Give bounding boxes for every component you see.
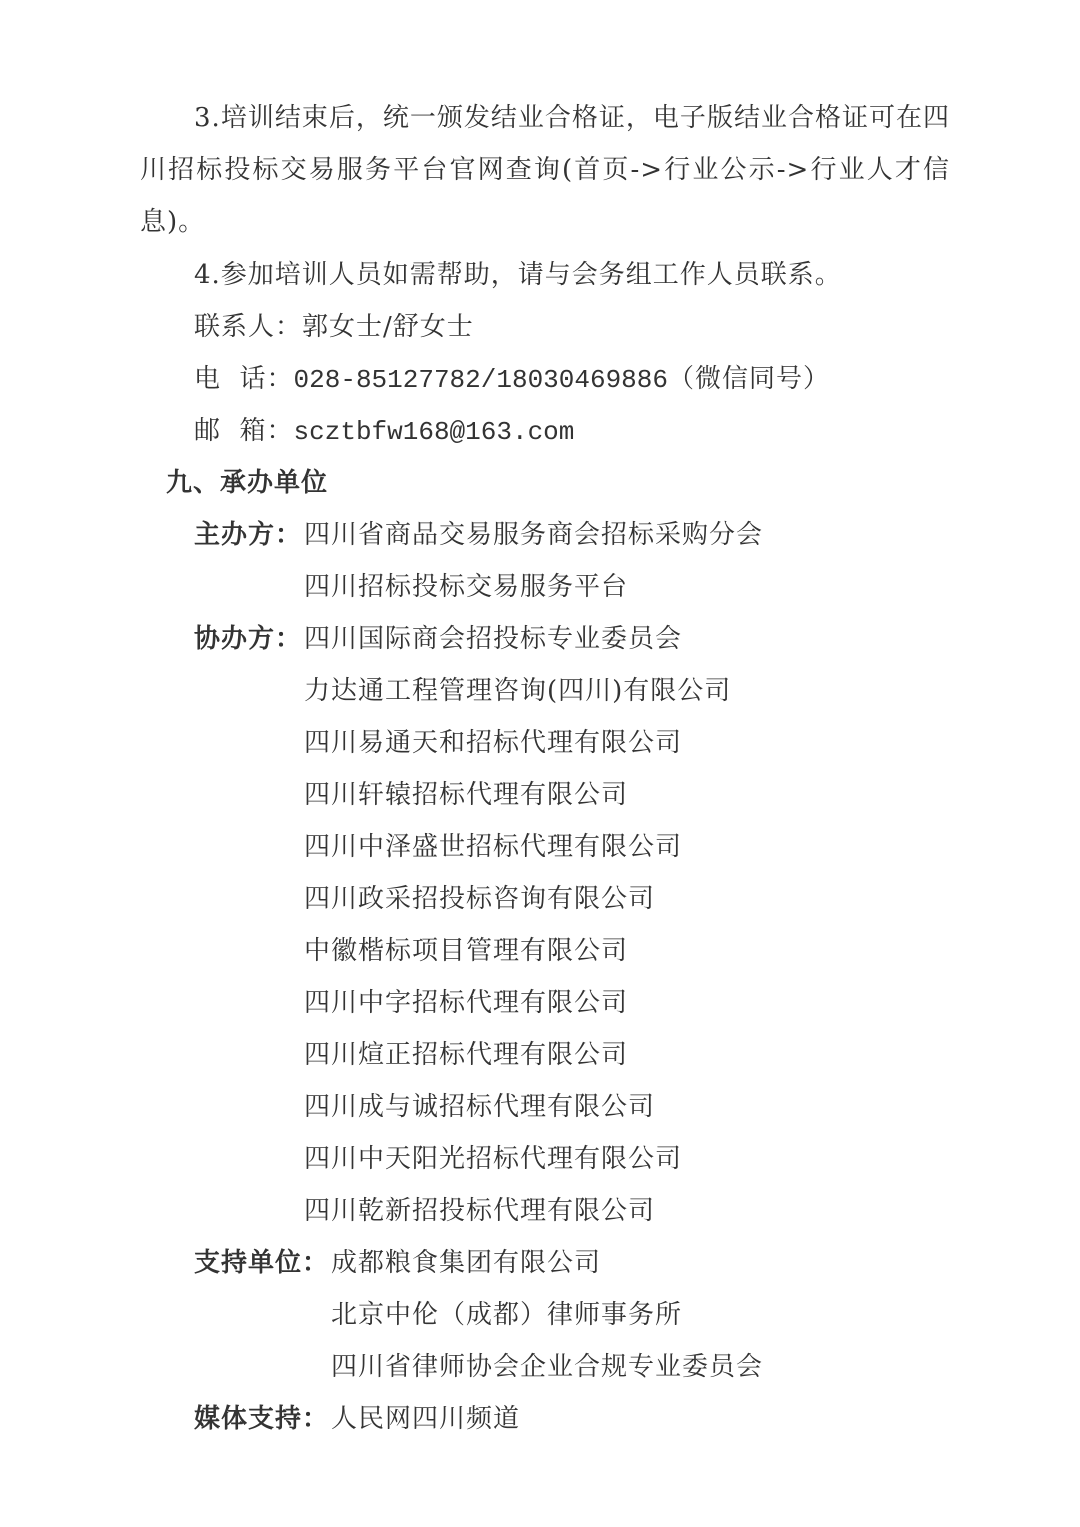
training-note-item-4: 4.参加培训人员如需帮助，请与会务组工作人员联系。 [194,258,842,292]
co-host-org: 四川政采招投标咨询有限公司 [304,882,655,916]
contact-phone-value: 028-85127782/18030469886 [294,365,668,395]
supporter-org: 成都粮食集团有限公司 [331,1246,601,1280]
contact-person-row: 联系人：郭女士/舒女士 [194,310,474,344]
co-host-org: 四川中泽盛世招标代理有限公司 [304,830,682,864]
contact-person-value: 郭女士/舒女士 [302,312,474,342]
host-label: 主办方： [194,518,302,552]
media-label: 媒体支持： [194,1402,329,1436]
contact-email-label: 邮 箱： [194,416,294,446]
media-org: 人民网四川频道 [331,1402,520,1436]
training-note-item-3: 3.培训结束后，统一颁发结业合格证，电子版结业合格证可在四川招标投标交易服务平台… [140,92,950,248]
supporters-label: 支持单位： [194,1246,329,1280]
co-host-org: 四川易通天和招标代理有限公司 [304,726,682,760]
co-host-org: 四川中字招标代理有限公司 [304,986,628,1020]
contact-phone-row: 电 话：028-85127782/18030469886（微信同号） [194,362,830,397]
contact-phone-label: 电 话： [194,364,294,394]
host-org: 四川招标投标交易服务平台 [304,570,628,604]
co-host-org: 四川煊正招标代理有限公司 [304,1038,628,1072]
contact-email-value: scztbfw168@163.com [294,417,575,447]
contact-email-row: 邮 箱：scztbfw168@163.com [194,414,574,449]
co-host-org: 四川乾新招投标代理有限公司 [304,1194,655,1228]
co-host-org: 四川国际商会招投标专业委员会 [304,622,682,656]
contact-phone-note: （微信同号） [668,364,830,394]
co-host-org: 四川成与诚招标代理有限公司 [304,1090,655,1124]
supporter-org: 四川省律师协会企业合规专业委员会 [331,1350,763,1384]
co-host-org: 四川轩辕招标代理有限公司 [304,778,628,812]
contact-person-label: 联系人： [194,312,302,342]
host-org: 四川省商品交易服务商会招标采购分会 [304,518,763,552]
supporter-org: 北京中伦（成都）律师事务所 [331,1298,682,1332]
co-host-org: 四川中天阳光招标代理有限公司 [304,1142,682,1176]
co-host-label: 协办方： [194,622,302,656]
co-host-org: 力达通工程管理咨询(四川)有限公司 [304,674,731,708]
section-9-title: 九、承办单位 [166,466,328,500]
co-host-org: 中徽楷标项目管理有限公司 [304,934,628,968]
